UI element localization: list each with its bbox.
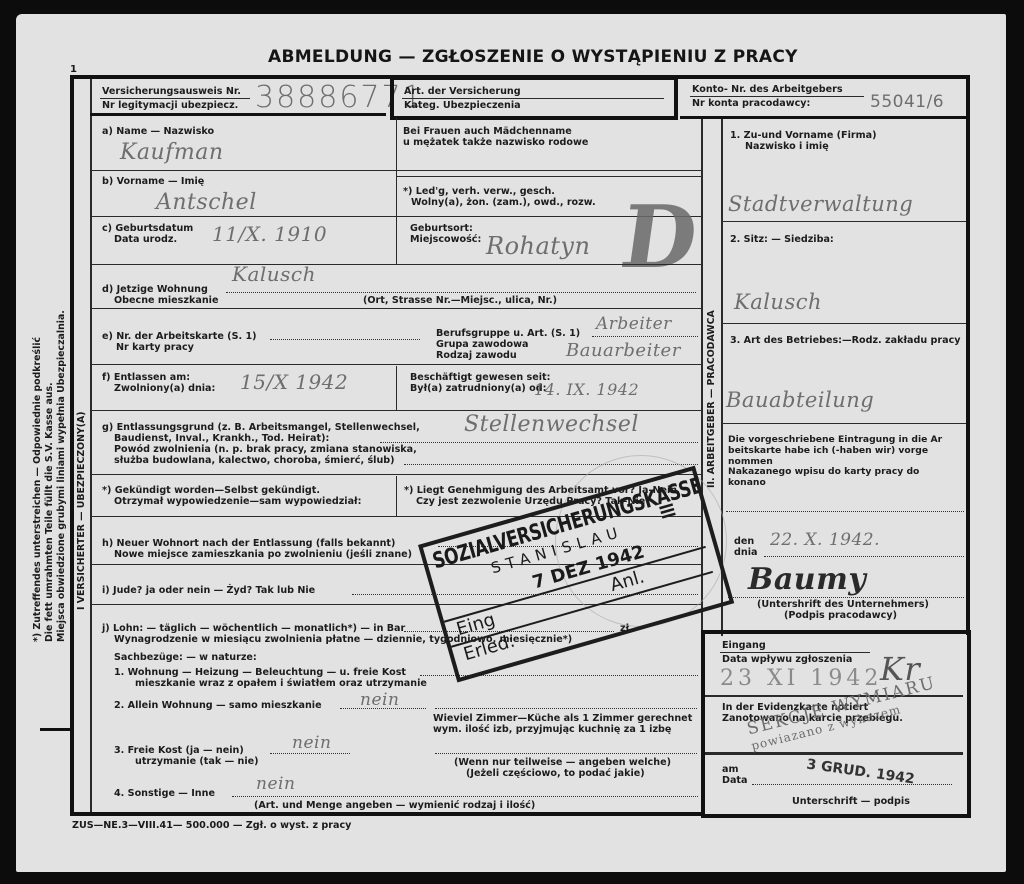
workcard-label-pl: Nr karty pracy — [116, 342, 194, 353]
marital-label-de: *) Led'g, verh. verw., gesch. — [403, 186, 555, 197]
reason-dots-1 — [380, 442, 698, 443]
rule-a-right — [396, 176, 701, 177]
in-kind-2-value[interactable]: nein — [360, 690, 399, 710]
employer-name-label-de: 1. Zu-und Vorname (Firma) — [730, 130, 876, 141]
employer-name-value[interactable]: Stadtverwaltung — [728, 192, 913, 216]
declaration-l1: Die vorgeschriebene Eintragung in die Ar — [728, 434, 942, 445]
office-rule-2 — [705, 752, 963, 755]
employer-seat-label: 2. Sitz: — Siedziba: — [730, 234, 834, 245]
rooms-dots — [435, 708, 697, 709]
in-kind-1-pl: mieszkanie wraz z opałem i światłem oraz… — [135, 678, 427, 689]
declaration-l4: Nakazanego wpisu do karty pracy do — [728, 466, 919, 477]
name-value[interactable]: Kaufman — [120, 140, 224, 165]
dob-label-pl: Data urodz. — [114, 234, 177, 245]
rule-d — [92, 308, 701, 309]
reason-label-l2: Baudienst, Inval., Krankh., Tod. Heirat)… — [114, 433, 329, 444]
in-kind-3-de: 3. Freie Kost (ja — nein) — [114, 745, 244, 756]
new-address-label-pl: Nowe miejsce zamieszkania po zwolnieniu … — [114, 549, 412, 560]
address-dots — [226, 292, 696, 293]
rule-b — [92, 216, 701, 217]
jew-label: i) Jude? ja oder nein — Żyd? Tak lub Nie — [102, 585, 315, 596]
employer-seat-value[interactable]: Kalusch — [734, 290, 822, 314]
employed-since-value[interactable]: 14. IX. 1942 — [534, 380, 639, 399]
partial-de: (Wenn nur teilweise — angeben welche) — [454, 757, 671, 768]
am-dots — [752, 784, 952, 785]
in-kind-4-dots — [232, 796, 698, 797]
signature-label-de: (Untershrift des Unternehmers) — [757, 599, 929, 610]
received-label-pl: Data wpływu zgłoszenia — [722, 654, 852, 665]
name-label: a) Name — Nazwisko — [102, 126, 214, 137]
dob-value[interactable]: 11/X. 1910 — [212, 222, 327, 246]
margin-note-line2: Die fett umrahmten Teile füllt die S.V. … — [44, 382, 55, 642]
occupation-label-pl1: Grupa zawodowa — [436, 339, 528, 350]
declaration-l5: konano — [728, 477, 766, 488]
dob-label-de: c) Geburtsdatum — [102, 223, 193, 234]
birthplace-label-de: Geburtsort: — [410, 223, 473, 234]
address-label-de: d) Jetzige Wohnung — [102, 284, 208, 295]
employer-date-value[interactable]: 22. X. 1942. — [770, 530, 880, 550]
employer-section-label: II. ARBEITGEBER — PRACODAWCA — [706, 310, 717, 488]
insurance-id-label-pl: Nr legitymacji ubezpiecz. — [102, 100, 238, 111]
signature-label-pl: (Podpis pracodawcy) — [784, 610, 897, 621]
margin-note-line3: Miejsca obwiedzione grubymi liniami wype… — [56, 310, 67, 642]
firstname-label: b) Vorname — Imię — [102, 176, 204, 187]
address-hint: (Ort, Strasse Nr.—Miejsc., ulica, Nr.) — [363, 295, 557, 306]
in-kind-3-pl: utrzymanie (tak — nie) — [135, 756, 259, 767]
row-f-divider — [396, 366, 397, 410]
form-title: ABMELDUNG — ZGŁOSZENIE O WYSTĄPIENIU Z P… — [268, 47, 798, 67]
insurance-id-label-de: Versicherungsausweis Nr. — [102, 86, 241, 97]
employed-since-label-pl: Był(a) zatrudniony(a) od: — [410, 383, 546, 394]
occupation-label-pl2: Rodzaj zawodu — [436, 350, 517, 361]
employer-type-value[interactable]: Bauabteilung — [726, 388, 874, 412]
rule-c — [92, 264, 701, 265]
notice-divider — [396, 476, 397, 516]
new-address-label-de: h) Neuer Wohnort nach der Entlassung (fa… — [102, 538, 395, 549]
date-dots — [764, 556, 964, 557]
occupation-label-de: Berufsgruppe u. Art. (S. 1) — [436, 328, 580, 339]
frame-left-inner — [90, 78, 92, 814]
row-a-divider — [396, 118, 397, 264]
notice-label-pl: Otrzymał wypowiedzenie—sam wypowiedział: — [114, 496, 361, 507]
employer-name-label-pl: Nazwisko i imię — [745, 141, 829, 152]
page-number: 1 — [70, 64, 77, 75]
reason-label-l4: służba budowlana, kalectwo, choroba, śmi… — [114, 455, 395, 466]
declaration-l2: beitskarte habe ich (-haben wir) vorge — [728, 445, 928, 456]
form-footer: ZUS—NE.3—VIII.41— 500.000 — Zgł. o wyst.… — [72, 820, 351, 831]
rooms-label-de: Wieviel Zimmer—Küche als 1 Zimmer gerech… — [433, 713, 692, 724]
notice-label-de: *) Gekündigt worden—Selbst gekündigt. — [102, 485, 320, 496]
employer-rule-2 — [722, 323, 966, 324]
employer-rule-3 — [722, 423, 966, 424]
employer-type-label: 3. Art des Betriebes:—Rodz. zakładu prac… — [730, 335, 961, 346]
insurance-type-label-pl: Kateg. Ubezpieczenia — [404, 100, 521, 111]
in-kind-3-dots — [270, 753, 350, 754]
maiden-label-pl: u mężatek także nazwisko rodowe — [403, 137, 588, 148]
maiden-label-de: Bei Frauen auch Mädchenname — [403, 126, 572, 137]
employer-account-value[interactable]: 55041/6 — [870, 92, 944, 112]
reason-label-l3: Powód zwolnienia (n. p. brak pracy, zmia… — [114, 444, 417, 455]
date-label-pl: dnia — [734, 547, 757, 558]
in-kind-3-value[interactable]: nein — [292, 733, 331, 753]
insured-section-label: I VERSICHERTER — UBEZPIECZONY(A) — [76, 411, 87, 610]
margin-note-line1: *) Zutreffendes unterstreichen — Odpowie… — [32, 337, 43, 642]
margin-tick — [40, 728, 72, 731]
workcard-label-de: e) Nr. der Arbeitskarte (S. 1) — [102, 331, 257, 342]
in-kind-4-value[interactable]: nein — [256, 774, 295, 794]
in-kind-1-de: 1. Wohnung — Heizung — Beleuchtung — u. … — [114, 667, 406, 678]
employer-account-label-pl: Nr konta pracodawcy: — [692, 98, 810, 109]
received-value: 23 XI 1942 — [720, 666, 882, 691]
in-kind-4-hint: (Art. und Menge angeben — wymienić rodza… — [254, 800, 535, 811]
partial-pl: (Jeżeli częściowo, to podać jakie) — [466, 768, 645, 779]
declaration-dots — [726, 511, 964, 512]
firstname-value[interactable]: Antschel — [156, 190, 257, 215]
am-label-pl: Data — [722, 775, 748, 786]
rooms-label-pl: wym. ilość izb, przyjmując kuchnię za 1 … — [433, 724, 671, 735]
address-label-pl: Obecne mieszkanie — [114, 295, 218, 306]
reason-label-l1: g) Entlassungsgrund (z. B. Arbeitsmangel… — [102, 422, 420, 433]
insurance-type-label-de: Art. der Versicherung — [404, 86, 521, 97]
dismissed-label-de: f) Entlassen am: — [102, 372, 190, 383]
birthplace-value[interactable]: Rohatyn — [486, 232, 590, 260]
address-value[interactable]: Kalusch — [232, 262, 316, 286]
occupation-dots — [592, 336, 698, 337]
in-kind-2: 2. Allein Wohnung — samo mieszkanie — [114, 700, 322, 711]
employed-since-label-de: Beschäftigt gewesen seit: — [410, 372, 550, 383]
employer-account-label-de: Konto- Nr. des Arbeitgebers — [692, 84, 843, 95]
employer-rule-1 — [722, 221, 966, 222]
rule-a — [92, 170, 701, 171]
in-kind-4: 4. Sonstige — Inne — [114, 788, 215, 799]
workcard-dots — [270, 339, 420, 340]
frame-left-outer — [70, 76, 74, 814]
occupation-value2[interactable]: Bauarbeiter — [566, 340, 681, 361]
wage-label-de: j) Lohn: — täglich — wöchentlich — monat… — [102, 623, 405, 634]
in-kind-label: Sachbezüge: — w naturze: — [114, 652, 257, 663]
frame-bottom — [70, 812, 702, 816]
am-label-de: am — [722, 764, 738, 775]
dismissed-value[interactable]: 15/X 1942 — [240, 370, 348, 394]
received-label-de: Eingang — [722, 640, 766, 651]
marital-label-pl: Wolny(a), żon. (zam.), owd., rozw. — [411, 197, 596, 208]
office-signature-label: Unterschrift — podpis — [792, 796, 910, 807]
signature-dots — [728, 597, 964, 598]
dismissed-label-pl: Zwolniony(a) dnia: — [114, 383, 215, 394]
birthplace-label-pl: Miejscowość: — [410, 234, 481, 245]
partial-dots — [435, 753, 697, 754]
reason-value[interactable]: Stellenwechsel — [464, 412, 639, 437]
frame-right — [966, 75, 970, 635]
occupation-value1[interactable]: Arbeiter — [596, 314, 672, 334]
date-label-de: den — [734, 536, 754, 547]
employer-signature[interactable]: Baumy — [748, 562, 866, 597]
stamp-letter-d: D — [616, 198, 702, 278]
header-bottom-rule — [680, 116, 970, 119]
